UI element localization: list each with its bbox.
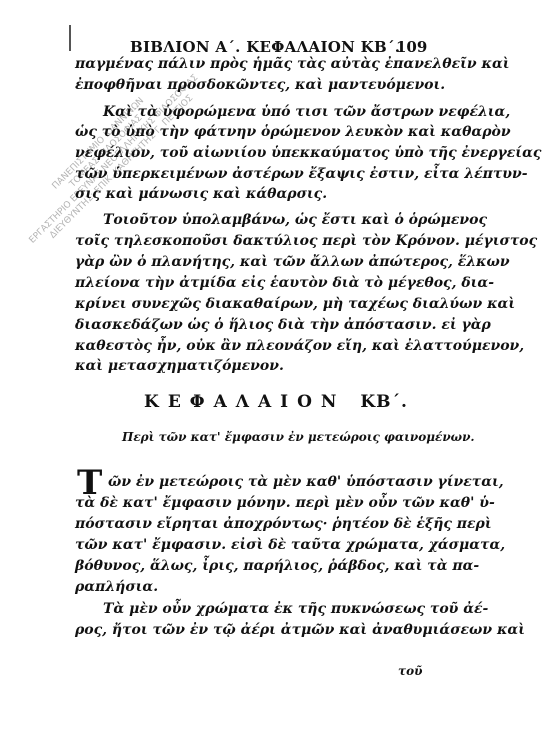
- text-line: ἐποφθῆναι προσδοκῶντες, καὶ μαντευόμενοι…: [75, 77, 405, 93]
- text-line: τῶν κατ' ἔμφασιν. εἰσὶ δὲ ταῦτα χρώματα,…: [75, 537, 405, 553]
- chapter-title: ΚΕΦΑΛΑΙΟΝ: [144, 392, 345, 412]
- book-page: ΒΙΒΛΙΟΝ Α΄. ΚΕΦΑΛΑΙΟΝ ΚΒ΄. 109 ΠΑΝΕΠΙΣΤΗ…: [0, 0, 552, 750]
- text-line: πλείονα τὴν ἀτμίδα εἰς ἑαυτὸν διὰ τὸ μέγ…: [75, 275, 405, 291]
- text-line: γὰρ ὢν ὁ πλανήτης, καὶ τῶν ἄλλων ἀπώτερο…: [75, 254, 405, 270]
- text-line: Καὶ τὰ ὑφορώμενα ὑπό τισι τῶν ἄστρων νεφ…: [103, 104, 405, 120]
- text-line: νεφέλιον, τοῦ αἰωνιίου ὑπεκκαύματος ὑπὸ …: [75, 145, 405, 161]
- page-number: 109: [396, 38, 427, 56]
- margin-rule: [69, 25, 71, 51]
- text-line: βόθυνος, ἅλως, ἶρις, παρήλιος, ῥάβδος, κ…: [75, 558, 405, 574]
- text-line: τῶν ὑπερκειμένων ἀστέρων ἔξαψις ἐστιν, ε…: [75, 166, 405, 182]
- chapter-subtitle: Περὶ τῶν κατ' ἔμφασιν ἐν μετεώροις φαινο…: [122, 430, 475, 444]
- running-head: ΒΙΒΛΙΟΝ Α΄. ΚΕΦΑΛΑΙΟΝ ΚΒ΄.: [130, 38, 400, 56]
- text-line: ρος, ἤτοι τῶν ἐν τῷ ἀέρι ἀτμῶν καὶ ἀναθυ…: [75, 622, 405, 638]
- text-line: καθεστὸς ἦν, οὐκ ἂν πλεονάζον εἴη, καὶ ἐ…: [75, 338, 405, 354]
- text-line: ραπλήσια.: [75, 579, 405, 595]
- text-line: ὡς τὸ ὑπὸ τὴν φάτνην ὁρώμενον λευκὸν καὶ…: [75, 124, 405, 140]
- text-line: κρίνει συνεχῶς διακαθαίρων, μὴ ταχέως δι…: [75, 296, 405, 312]
- text-line: Τοιοῦτον ὑπολαμβάνω, ὡς ἔστι καὶ ὁ ὁρώμε…: [103, 212, 405, 228]
- text-line: τοῖς τηλεσκοποῦσι δακτύλιος περὶ τὸν Κρό…: [75, 233, 405, 249]
- text-line: Τὰ μὲν οὖν χρώματα ἐκ τῆς πυκνώσεως τοῦ …: [103, 601, 405, 617]
- chapter-heading: ΚΕΦΑΛΑΙΟΝ ΚΒ΄.: [0, 392, 552, 412]
- text-line: διασκεδάζων ὡς ὁ ἥλιος διὰ τὴν ἀπόστασιν…: [75, 317, 405, 333]
- text-line: πόστασιν εἴρηται ἀποχρόντως· ῥητέον δὲ ἑ…: [75, 516, 405, 532]
- text-line: σις καὶ μάνωσις καὶ κάθαρσις.: [75, 186, 405, 202]
- catchword: τοῦ: [398, 664, 422, 678]
- chapter-number: ΚΒ΄.: [360, 392, 408, 412]
- text-line: τὰ δὲ κατ' ἔμφασιν μόνην. περὶ μὲν οὖν τ…: [75, 495, 405, 511]
- text-line: ῶν ἐν μετεώροις τὰ μὲν καθ' ὑπόστασιν γί…: [108, 474, 405, 490]
- text-line: καὶ μετασχηματιζόμενον.: [75, 358, 405, 374]
- text-line: παγμένας πάλιν πρὸς ἡμᾶς τὰς αὐτὰς ἐπανε…: [75, 56, 405, 72]
